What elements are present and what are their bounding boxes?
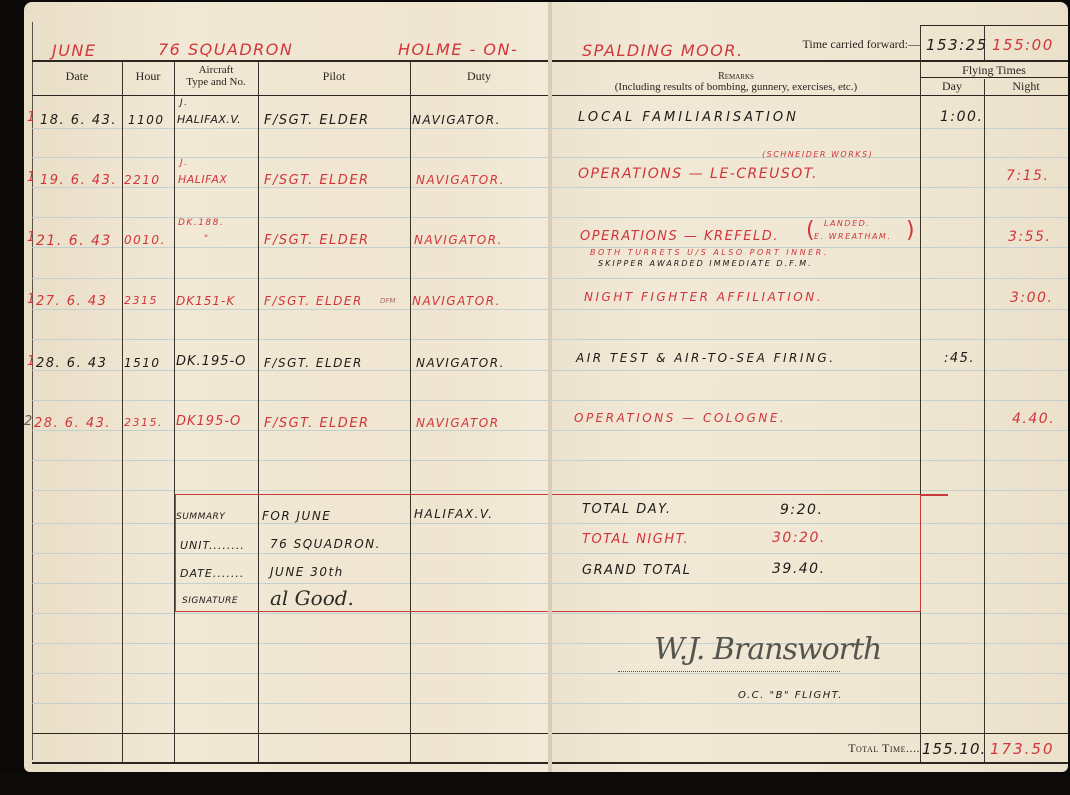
column-header-day: Day: [920, 80, 984, 93]
entry-date: 19. 6. 43.: [40, 173, 117, 188]
header-month: JUNE: [52, 41, 97, 60]
column-divider-pilot-duty: [410, 62, 411, 762]
entry-remarks-sub-1: BOTH TURRETS U/S ALSO PORT INNER.: [590, 248, 829, 257]
entry-date: 18. 6. 43.: [40, 113, 117, 128]
entry-date: 28. 6. 43.: [34, 416, 111, 431]
margin-mark: 2: [24, 414, 34, 429]
ruled-line: [552, 430, 1068, 431]
ruled-line: [552, 613, 1068, 614]
grand-total-value: 39.40.: [772, 561, 826, 577]
ruled-line: [32, 460, 548, 461]
signature-dotted-line: [618, 671, 840, 672]
summary-for-label: FOR JUNE: [262, 509, 331, 523]
entry-hour: 2210: [124, 173, 161, 187]
entry-aircraft-top: J.: [180, 98, 189, 108]
entry-aircraft: HALIFAX.V.: [177, 113, 241, 126]
column-header-aircraft-sub: Type and No.: [174, 76, 258, 89]
entry-hour: 1100: [128, 113, 165, 127]
entry-duty: NAVIGATOR.: [416, 173, 505, 187]
column-header-remarks-sub: (Including results of bombing, gunnery, …: [552, 81, 920, 94]
header-bottom-line-right: [552, 95, 1068, 96]
ruled-line: [32, 613, 548, 614]
ruled-line: [32, 278, 548, 279]
ruled-line: [552, 339, 1068, 340]
margin-mark: 1: [27, 110, 37, 125]
header-top-line-right: [552, 60, 1068, 62]
column-divider-hour-aircraft: [174, 62, 175, 762]
entry-duty: NAVIGATOR.: [414, 233, 503, 247]
ruled-line: [32, 703, 548, 704]
entry-duty: NAVIGATOR: [416, 416, 500, 430]
ruled-line: [32, 490, 548, 491]
entry-pilot-suffix: DFM: [380, 297, 395, 305]
total-time-label: Total Time....: [770, 742, 920, 755]
entry-pilot: F/SGT. ELDER: [264, 294, 363, 308]
ruled-line: [32, 643, 548, 644]
ruled-line: [32, 309, 548, 310]
summary-signature: al Good.: [270, 586, 354, 610]
entry-remarks: LOCAL FAMILIARISATION: [578, 110, 799, 125]
entry-aircraft: DK151-K: [176, 294, 235, 308]
carried-forward-top-line: [920, 25, 1068, 26]
ruled-line: [32, 673, 548, 674]
entry-pilot: F/SGT. ELDER: [264, 416, 370, 431]
entry-duty: NAVIGATOR.: [416, 356, 505, 370]
summary-box-extension: [920, 494, 948, 496]
total-night-label: TOTAL NIGHT.: [582, 532, 689, 547]
entry-date: 28. 6. 43: [36, 356, 107, 371]
summary-label: SUMMARY: [176, 512, 225, 522]
entry-remarks-note: (SCHNEIDER WORKS): [762, 150, 873, 159]
entry-remarks: NIGHT FIGHTER AFFILIATION.: [584, 290, 823, 304]
total-row-bottom-left: [32, 762, 548, 764]
book-binding: [0, 0, 24, 795]
ruled-line: [552, 703, 1068, 704]
ruled-line: [552, 309, 1068, 310]
left-margin-line: [32, 22, 33, 760]
ruled-line: [552, 187, 1068, 188]
header-bottom-line-left: [32, 95, 548, 96]
carried-forward-night: 155:00: [992, 36, 1054, 54]
summary-date-value: JUNE 30th: [270, 565, 344, 579]
entry-hour: 1510: [124, 356, 161, 370]
entry-aircraft: DK.195-O: [176, 354, 246, 369]
entry-duty: NAVIGATOR.: [412, 294, 501, 308]
flying-times-divider: [920, 77, 1068, 78]
entry-date: 27. 6. 43: [36, 294, 107, 309]
page-gutter: [548, 2, 552, 772]
ruled-line: [552, 400, 1068, 401]
entry-day-time: 1:00.: [940, 109, 983, 125]
entry-remarks-note-1: LANDED.: [824, 219, 870, 228]
column-divider-day-night: [984, 79, 985, 762]
summary-unit-label: UNIT........: [180, 539, 245, 552]
column-divider-date-hour: [122, 62, 123, 762]
entry-remarks-sub-2: SKIPPER AWARDED IMMEDIATE D.F.M.: [598, 259, 813, 268]
entry-pilot: F/SGT. ELDER: [264, 113, 370, 128]
summary-signature-label: SIGNATURE: [182, 596, 238, 606]
entry-night-time: 3:55.: [1008, 229, 1051, 245]
entry-remarks: OPERATIONS — COLOGNE.: [574, 411, 786, 425]
column-divider-aircraft-pilot: [258, 62, 259, 762]
entry-date: 21. 6. 43: [36, 233, 112, 249]
background-bottom: [0, 772, 1070, 795]
entry-aircraft-top: J.: [180, 158, 189, 168]
entry-hour: 2315.: [124, 416, 163, 429]
header-top-line-left: [32, 60, 548, 62]
total-row-bottom-right: [552, 762, 1068, 764]
ruled-line: [32, 400, 548, 401]
header-station-left: HOLME - ON-: [398, 40, 518, 59]
entry-night-time: 3:00.: [1010, 290, 1053, 306]
entry-remarks: OPERATIONS — LE-CREUSOT.: [578, 166, 818, 182]
total-day-value: 9:20.: [780, 502, 823, 518]
ruled-line: [552, 370, 1068, 371]
entry-pilot: F/SGT. ELDER: [264, 173, 370, 188]
bracket-close: ): [906, 218, 915, 243]
bracket-open: (: [806, 218, 815, 243]
entry-duty: NAVIGATOR.: [412, 113, 501, 127]
column-header-duty: Duty: [410, 70, 548, 83]
ruled-line: [552, 673, 1068, 674]
total-night-value: 30:20.: [772, 530, 826, 546]
header-squadron: 76 SQUADRON: [158, 40, 293, 59]
header-station-right: SPALDING MOOR.: [582, 41, 744, 60]
entry-aircraft-top: DK.188.: [178, 218, 224, 228]
entry-pilot: F/SGT. ELDER: [264, 356, 363, 370]
total-row-top-right: [552, 733, 1068, 734]
margin-mark: 1: [27, 170, 37, 185]
summary-aircraft: HALIFAX.V.: [414, 507, 494, 521]
entry-remarks-note-2: E. WREATHAM.: [814, 232, 891, 241]
entry-aircraft: ": [204, 234, 210, 244]
ruled-line: [552, 460, 1068, 461]
column-header-hour: Hour: [122, 70, 174, 83]
grand-total-label: GRAND TOTAL: [582, 563, 691, 578]
total-time-night: 173.50: [990, 740, 1055, 758]
column-header-flying-times: Flying Times: [920, 64, 1068, 77]
entry-night-time: 4.40.: [1012, 411, 1055, 427]
ruled-line: [32, 370, 548, 371]
entry-remarks: OPERATIONS — KREFELD.: [580, 229, 779, 244]
ruled-line: [552, 128, 1068, 129]
entry-aircraft: HALIFAX: [178, 173, 227, 186]
summary-unit-value: 76 SQUADRON.: [270, 537, 381, 551]
column-header-night: Night: [984, 80, 1068, 93]
flight-commander-title: O.C. "B" FLIGHT.: [738, 690, 843, 701]
carried-forward-label: Time carried forward:—: [780, 38, 920, 51]
ruled-line: [32, 128, 548, 129]
ruled-line: [32, 157, 548, 158]
column-divider-remarks-day: [920, 25, 921, 762]
ruled-line: [32, 339, 548, 340]
entry-pilot: F/SGT. ELDER: [264, 233, 370, 248]
ruled-line: [552, 278, 1068, 279]
carried-forward-day: 153:25: [926, 36, 988, 54]
ruled-line: [32, 217, 548, 218]
entry-day-time: :45.: [944, 351, 975, 366]
total-day-label: TOTAL DAY.: [582, 502, 672, 517]
summary-date-label: DATE.......: [180, 567, 244, 580]
flight-commander-signature: W.J. Bransworth: [654, 632, 881, 667]
entry-remarks: AIR TEST & AIR-TO-SEA FIRING.: [576, 351, 836, 365]
entry-hour: 2315: [124, 294, 158, 307]
column-header-pilot: Pilot: [258, 70, 410, 83]
entry-night-time: 7:15.: [1006, 168, 1049, 184]
entry-aircraft: DK195-O: [176, 414, 241, 429]
total-time-day: 155.10.: [922, 740, 986, 758]
entry-hour: 0010.: [124, 233, 166, 247]
ruled-line: [552, 490, 1068, 491]
total-row-top-left: [32, 733, 548, 734]
column-header-date: Date: [32, 70, 122, 83]
